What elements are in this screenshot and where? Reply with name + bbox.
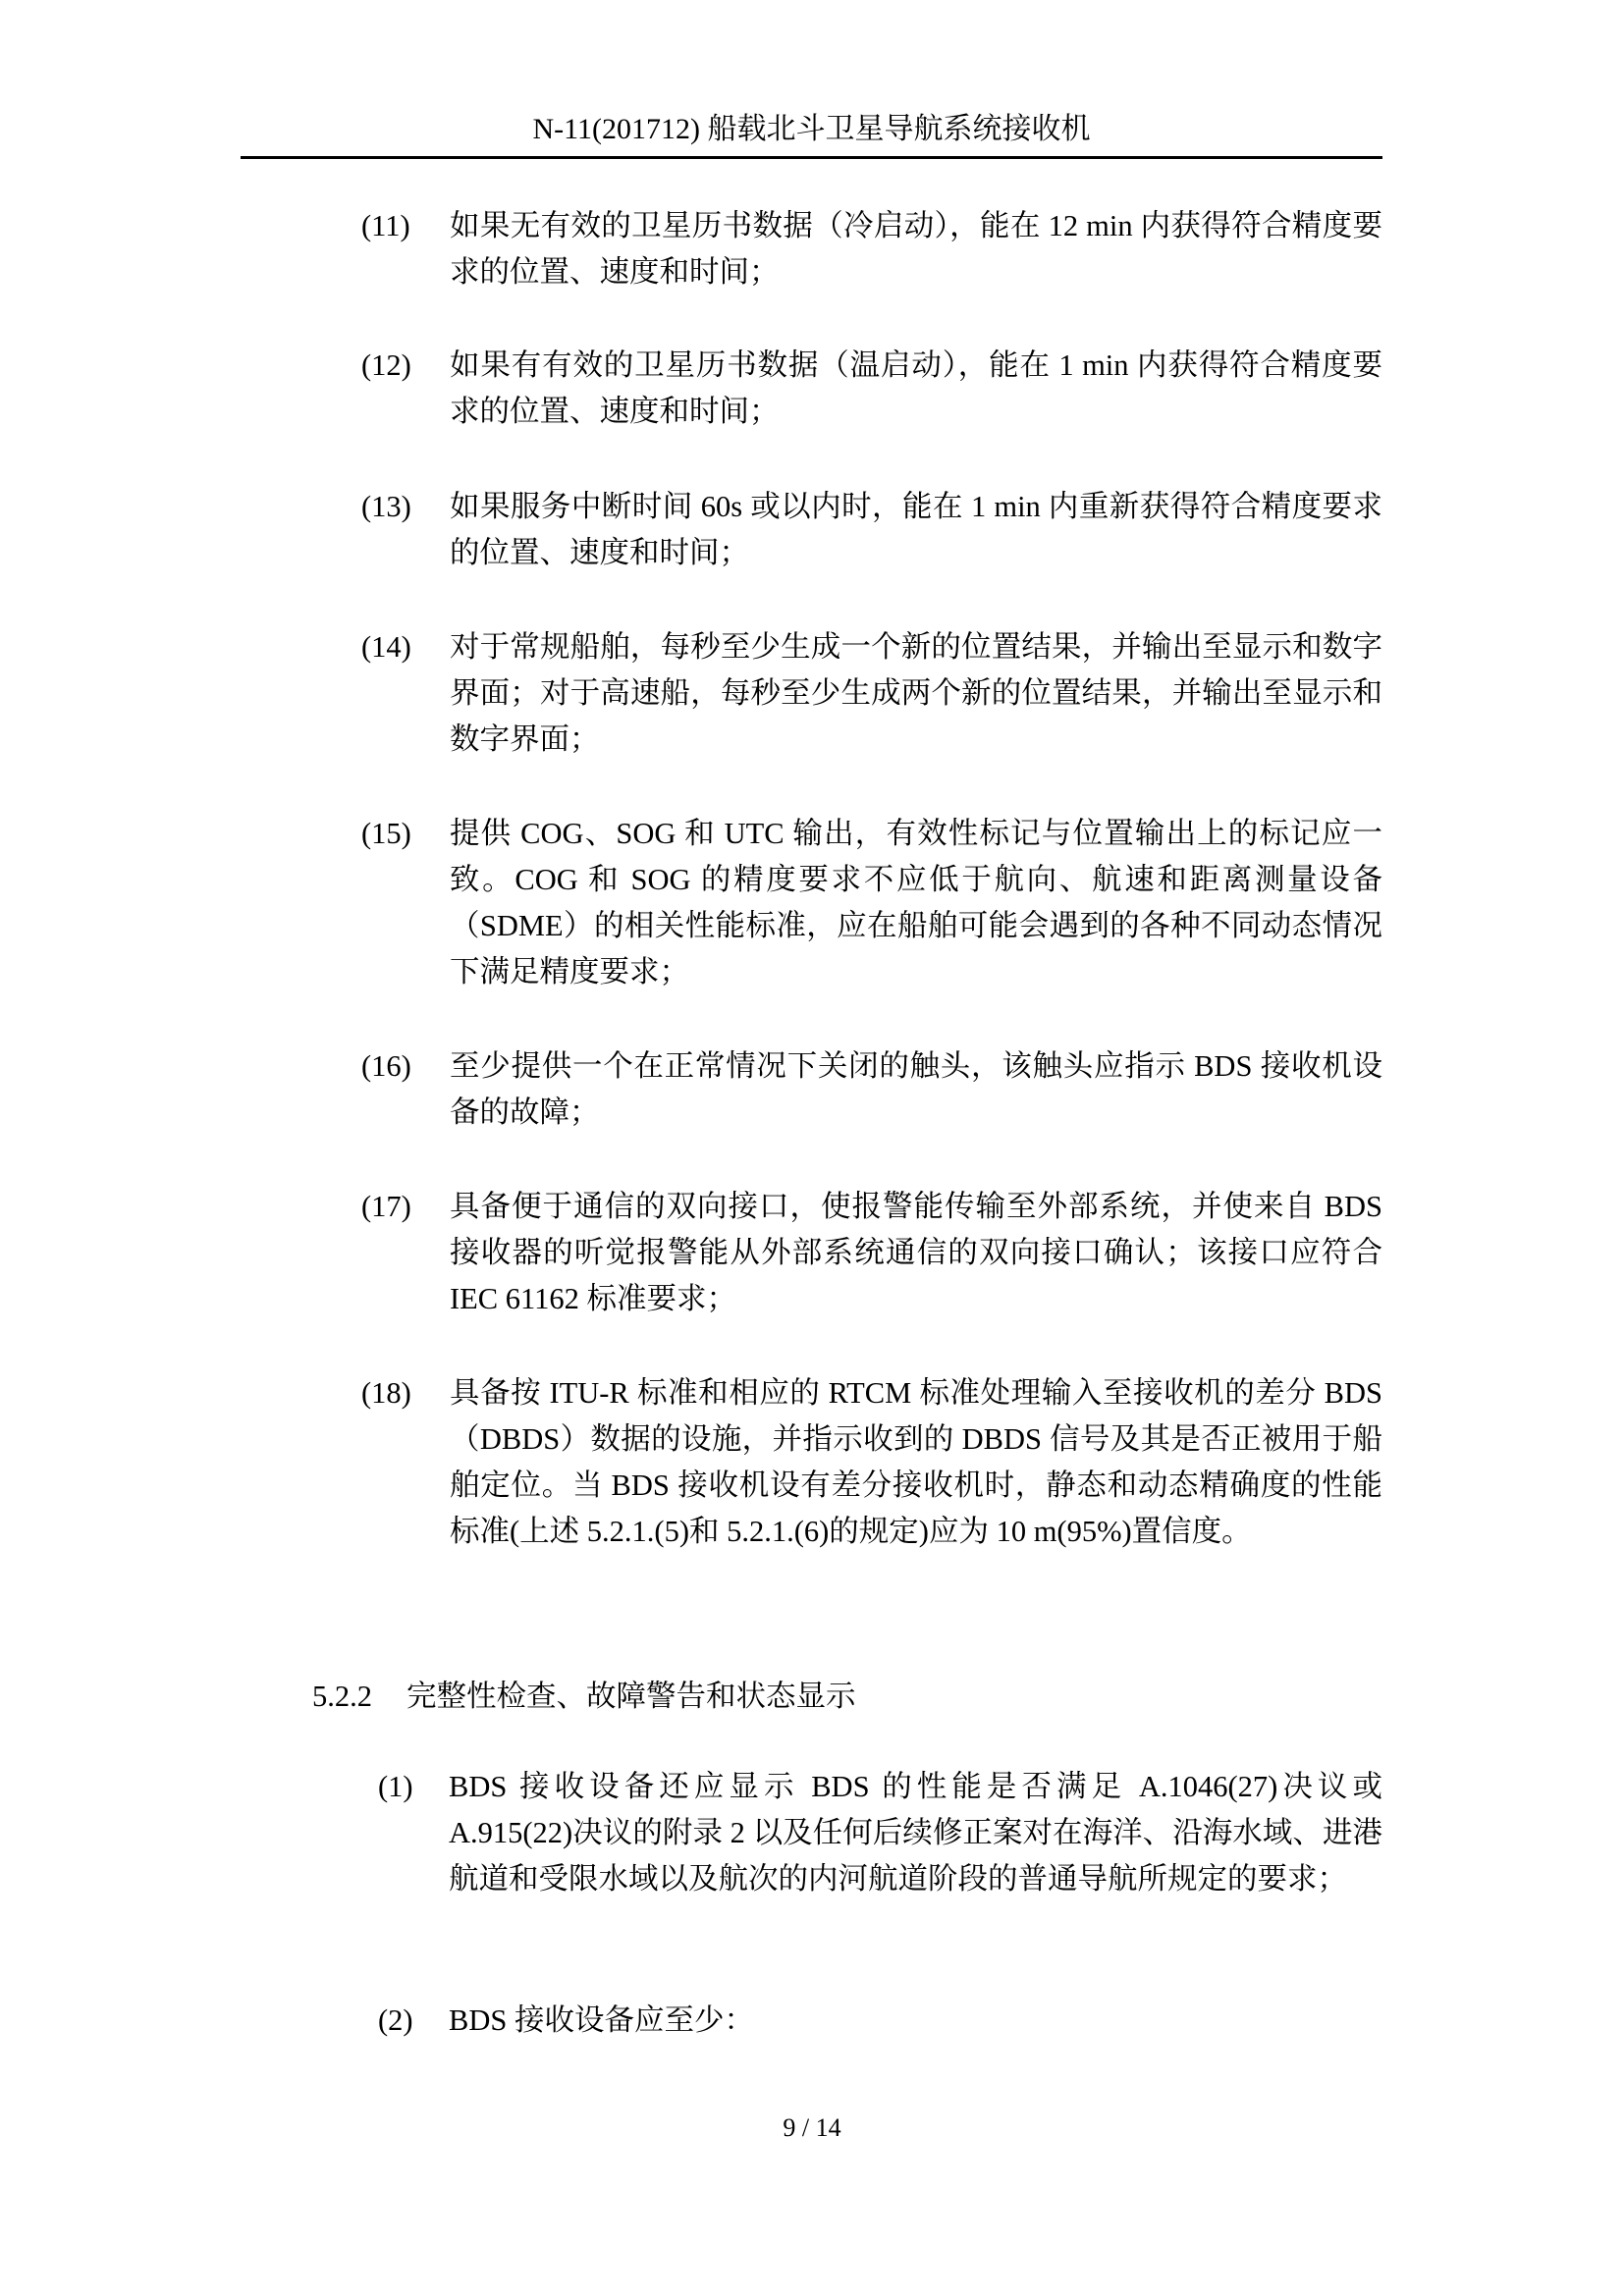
item-number: (1) [378,1764,413,1810]
item-text: BDS 接收设备还应显示 BDS 的性能是否满足 A.1046(27)决议或 A… [449,1764,1382,1902]
item-number: (14) [361,624,411,670]
item-number: (18) [361,1370,411,1416]
section-heading-5-2-2: 5.2.2完整性检查、故障警告和状态显示 [312,1674,856,1720]
list-item-17: (17) 具备便于通信的双向接口，使报警能传输至外部系统，并使来自 BDS 接收… [361,1184,1382,1322]
page-header: N-11(201712) 船载北斗卫星导航系统接收机 [241,110,1382,149]
list-item-11: (11) 如果无有效的卫星历书数据（冷启动），能在 12 min 内获得符合精度… [361,203,1382,295]
item-text: 对于常规船舶，每秒至少生成一个新的位置结果，并输出至显示和数字界面；对于高速船，… [450,624,1382,763]
item-number: (12) [361,343,411,389]
item-text: 具备按 ITU-R 标准和相应的 RTCM 标准处理输入至接收机的差分 BDS（… [450,1370,1382,1555]
list-item-15: (15) 提供 COG、SOG 和 UTC 输出，有效性标记与位置输出上的标记应… [361,811,1382,995]
list-item-12: (12) 如果有有效的卫星历书数据（温启动），能在 1 min 内获得符合精度要… [361,343,1382,435]
section-title: 完整性检查、故障警告和状态显示 [406,1680,856,1713]
section-number: 5.2.2 [312,1674,406,1720]
item-text: BDS 接收设备应至少： [449,1998,1382,2044]
list-item-18: (18) 具备按 ITU-R 标准和相应的 RTCM 标准处理输入至接收机的差分… [361,1370,1382,1555]
list-item-14: (14) 对于常规船舶，每秒至少生成一个新的位置结果，并输出至显示和数字界面；对… [361,624,1382,763]
list-item-1: (1) BDS 接收设备还应显示 BDS 的性能是否满足 A.1046(27)决… [378,1764,1382,1902]
item-text: 如果有有效的卫星历书数据（温启动），能在 1 min 内获得符合精度要求的位置、… [450,343,1382,435]
item-text: 提供 COG、SOG 和 UTC 输出，有效性标记与位置输出上的标记应一致。CO… [450,811,1382,995]
item-number: (2) [378,1998,413,2044]
list-item-16: (16) 至少提供一个在正常情况下关闭的触头，该触头应指示 BDS 接收机设备的… [361,1043,1382,1136]
item-text: 如果服务中断时间 60s 或以内时，能在 1 min 内重新获得符合精度要求的位… [450,484,1382,576]
list-item-13: (13) 如果服务中断时间 60s 或以内时，能在 1 min 内重新获得符合精… [361,484,1382,576]
list-item-2: (2) BDS 接收设备应至少： [378,1998,1382,2044]
header-rule [241,156,1382,159]
page-footer: 9 / 14 [0,2113,1624,2143]
item-number: (17) [361,1184,411,1230]
page-number: 9 / 14 [783,2113,840,2142]
item-text: 具备便于通信的双向接口，使报警能传输至外部系统，并使来自 BDS 接收器的听觉报… [450,1184,1382,1322]
header-title: N-11(201712) 船载北斗卫星导航系统接收机 [532,113,1090,145]
item-number: (16) [361,1043,411,1090]
item-text: 至少提供一个在正常情况下关闭的触头，该触头应指示 BDS 接收机设备的故障； [450,1043,1382,1136]
item-number: (15) [361,811,411,857]
item-number: (13) [361,484,411,530]
item-number: (11) [361,203,410,249]
item-text: 如果无有效的卫星历书数据（冷启动），能在 12 min 内获得符合精度要求的位置… [450,203,1382,295]
